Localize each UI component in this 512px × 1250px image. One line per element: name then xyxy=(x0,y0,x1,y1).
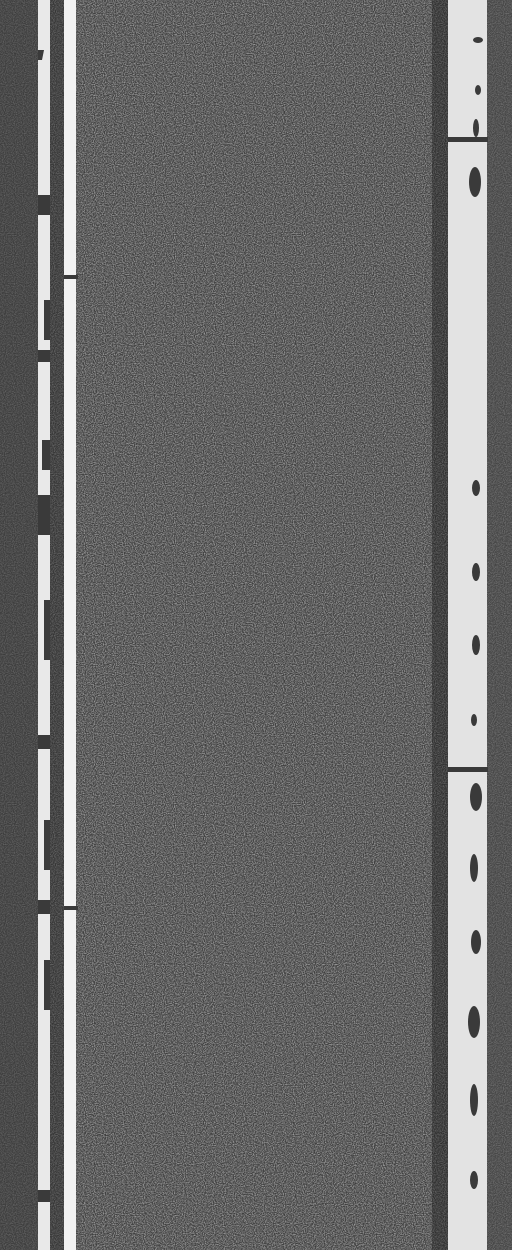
wear-marks xyxy=(0,0,512,1250)
asphalt-surface xyxy=(0,0,512,1250)
